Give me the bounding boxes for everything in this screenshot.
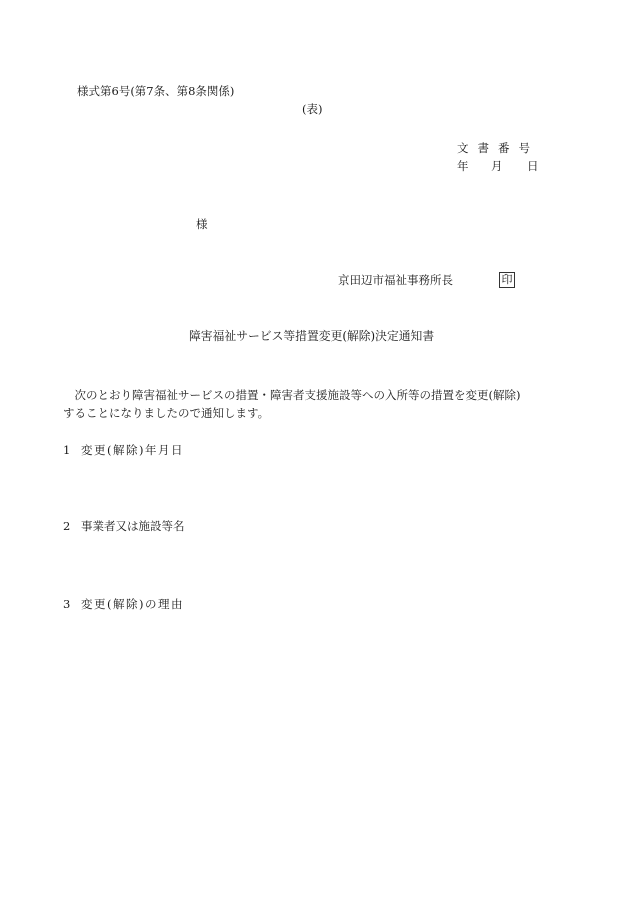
item-number: 1 (63, 445, 81, 457)
side-label: (表) (302, 104, 322, 116)
item-label: 変更(解除)の理由 (81, 597, 184, 611)
item-label: 変更(解除)年月日 (81, 443, 184, 457)
item-number: 2 (63, 521, 81, 533)
item-number: 3 (63, 599, 81, 611)
body-line-2: することになりましたので通知します。 (63, 404, 563, 422)
item-provider-name: 2事業者又は施設等名 (63, 521, 185, 533)
document-title: 障害福祉サービス等措置変更(解除)決定通知書 (189, 331, 434, 343)
addressee-honorific: 様 (196, 219, 208, 231)
item-label: 事業者又は施設等名 (81, 519, 185, 533)
form-number: 様式第6号(第7条、第8条関係) (77, 86, 234, 98)
item-change-date: 1変更(解除)年月日 (63, 445, 184, 457)
body-line-1: 次のとおり障害福祉サービスの措置・障害者支援施設等への入所等の措置を変更(解除) (63, 386, 563, 404)
date-month: 月 (491, 161, 527, 173)
seal-mark: 印 (499, 272, 515, 288)
sender-name: 京田辺市福祉事務所長 (338, 275, 453, 287)
date-year: 年 (457, 161, 491, 173)
document-body: 次のとおり障害福祉サービスの措置・障害者支援施設等への入所等の措置を変更(解除)… (63, 386, 563, 422)
item-change-reason: 3変更(解除)の理由 (63, 599, 184, 611)
date-line: 年月日 (457, 161, 539, 173)
document-number-label: 文書番号 (457, 143, 539, 155)
date-day: 日 (527, 161, 539, 173)
